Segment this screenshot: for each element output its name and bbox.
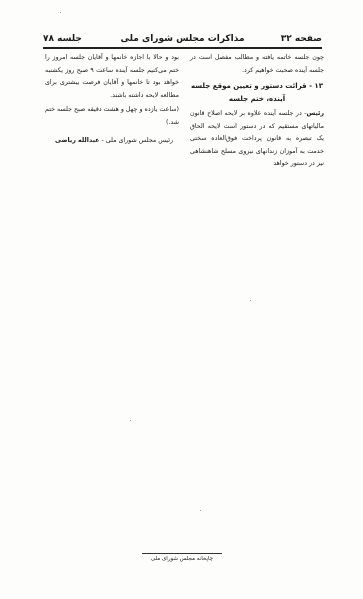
signature-prefix: رئیس مجلس شورای ملی -: [101, 137, 173, 144]
scan-noise: [200, 510, 201, 511]
left-column: بود و حالا با اجازه خانمها و آقایان جلسه…: [45, 52, 179, 148]
session-number: جلسه ۷۸: [43, 34, 82, 44]
signature: رئیس مجلس شورای ملی - عبدالله ریاضی: [45, 135, 179, 148]
document-title: مذاکرات مجلس شورای ملی: [43, 34, 322, 44]
speech-text: - در جلسه آینده علاوه بر لایحه اصلاح قان…: [190, 110, 324, 167]
scan-noise: [250, 300, 251, 301]
printer-footer: چاپخانه مجلس شورای ملی: [142, 553, 222, 562]
speaker-label: رئیس: [307, 110, 324, 117]
paragraph: چون جلسه خاتمه یافته و مطالب مفصل است در…: [190, 52, 324, 77]
right-column: چون جلسه خاتمه یافته و مطالب مفصل است در…: [190, 52, 324, 171]
page-header: صفحه ۳۲ مذاکرات مجلس شورای ملی جلسه ۷۸: [43, 34, 322, 48]
paragraph: رئیس- در جلسه آینده علاوه بر لایحه اصلاح…: [190, 108, 324, 171]
header-rule: [43, 47, 322, 49]
scan-noise: [130, 420, 131, 421]
signature-name: عبدالله ریاضی: [55, 137, 99, 144]
closing-note: (ساعت یازده و چهل و هشت دقیقه صبح جلسه خ…: [45, 104, 179, 129]
scan-noise: [60, 12, 61, 13]
paragraph: بود و حالا با اجازه خانمها و آقایان جلسه…: [45, 52, 179, 102]
section-heading: ۱۳ - قرائت دستور و تعیین موقع جلسه آینده…: [190, 80, 324, 105]
